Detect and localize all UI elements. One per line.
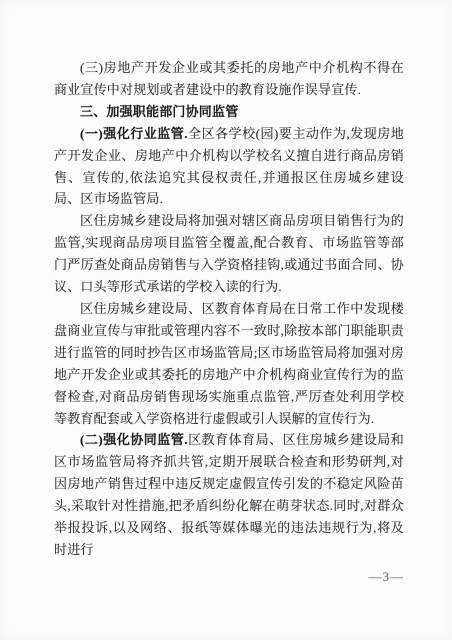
paragraph-joint-inspection: 区住房城乡建设局、区教育体育局在日常工作中发现楼盘商业宣传与审批或管理内容不一致… <box>54 298 404 429</box>
paragraph-lead-bold: (二)强化协同监管. <box>80 432 188 447</box>
paragraph-item-3-clause: (三)房地产开发企业或其委托的房地产中介机构不得在商业宣传中对规划或者建设中的教… <box>54 57 404 101</box>
paragraph-industry-supervision: (一)强化行业监管.全区各学校(园)要主动作为,发现房地产开发企业、房地产中介机… <box>54 123 404 211</box>
paragraph-text: 区教育体育局、区住房城乡建设局和区市场监管局将齐抓共管,定期开展联合检查和形势研… <box>54 432 404 557</box>
document-page: (三)房地产开发企业或其委托的房地产中介机构不得在商业宣传中对规划或者建设中的教… <box>0 0 452 640</box>
paragraph-collaborative-supervision: (二)强化协同监管.区教育体育局、区住房城乡建设局和区市场监管局将齐抓共管,定期… <box>54 429 404 560</box>
paragraph-housing-bureau: 区住房城乡建设局将加强对辖区商品房项目销售行为的监管,实现商品房项目监管全覆盖,… <box>54 210 404 298</box>
section-heading: 三、加强职能部门协同监管 <box>54 101 404 123</box>
paragraph-lead-bold: (一)强化行业监管. <box>80 126 188 141</box>
page-number: —3— <box>369 569 405 585</box>
document-body: (三)房地产开发企业或其委托的房地产中介机构不得在商业宣传中对规划或者建设中的教… <box>54 57 404 561</box>
